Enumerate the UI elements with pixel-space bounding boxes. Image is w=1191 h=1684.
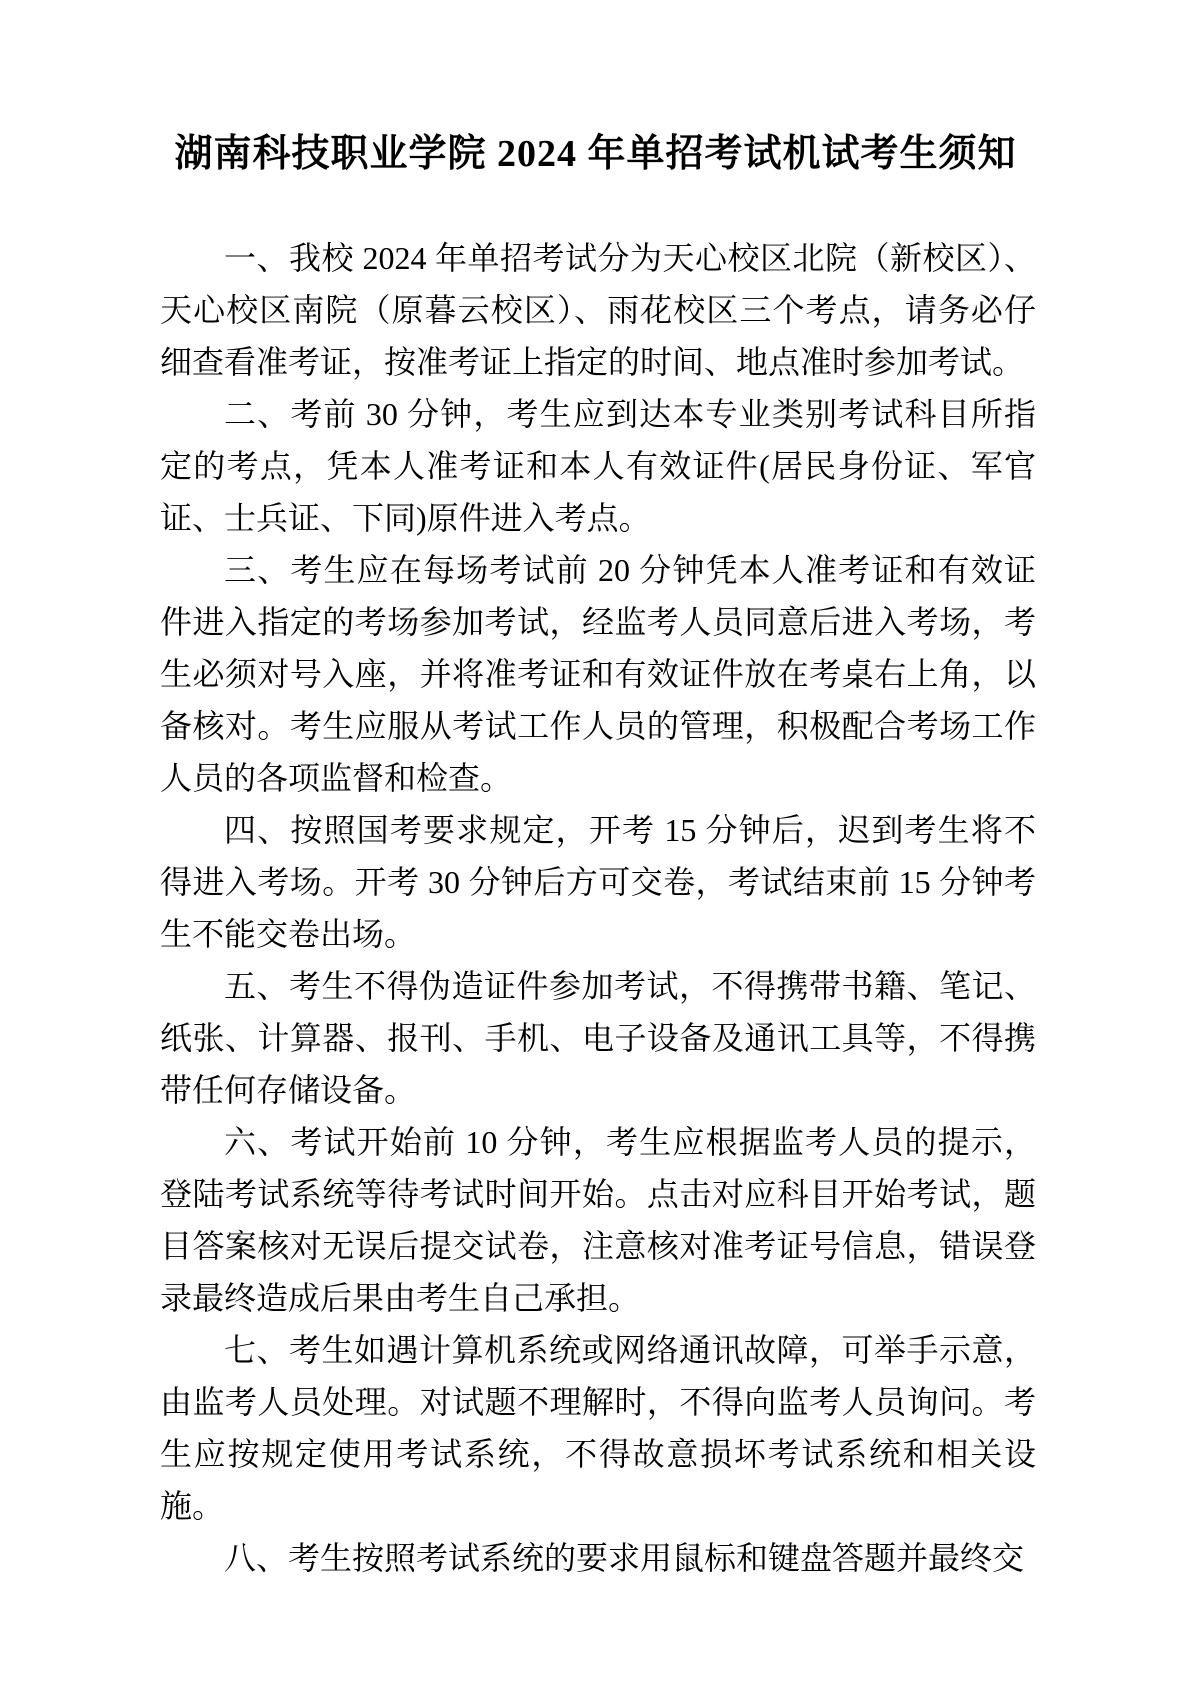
paragraph-6: 六、考试开始前 10 分钟，考生应根据监考人员的提示，登陆考试系统等待考试时间开… [160, 1116, 1036, 1324]
paragraph-4: 四、按照国考要求规定，开考 15 分钟后，迟到考生将不得进入考场。开考 30 分… [160, 804, 1036, 960]
paragraph-8: 八、考生按照考试系统的要求用鼠标和键盘答题并最终交 [160, 1532, 1036, 1584]
page-title: 湖南科技职业学院 2024 年单招考试机试考生须知 [90, 130, 1101, 178]
paragraph-7: 七、考生如遇计算机系统或网络通讯故障，可举手示意，由监考人员处理。对试题不理解时… [160, 1324, 1036, 1532]
paragraph-2: 二、考前 30 分钟，考生应到达本专业类别考试科目所指定的考点，凭本人准考证和本… [160, 388, 1036, 544]
paragraph-1: 一、我校 2024 年单招考试分为天心校区北院（新校区）、天心校区南院（原暮云校… [160, 232, 1036, 388]
document-body: 一、我校 2024 年单招考试分为天心校区北院（新校区）、天心校区南院（原暮云校… [160, 232, 1036, 1584]
document-page: 湖南科技职业学院 2024 年单招考试机试考生须知 一、我校 2024 年单招考… [0, 0, 1191, 1684]
paragraph-5: 五、考生不得伪造证件参加考试，不得携带书籍、笔记、纸张、计算器、报刊、手机、电子… [160, 960, 1036, 1116]
paragraph-3: 三、考生应在每场考试前 20 分钟凭本人准考证和有效证件进入指定的考场参加考试，… [160, 544, 1036, 804]
